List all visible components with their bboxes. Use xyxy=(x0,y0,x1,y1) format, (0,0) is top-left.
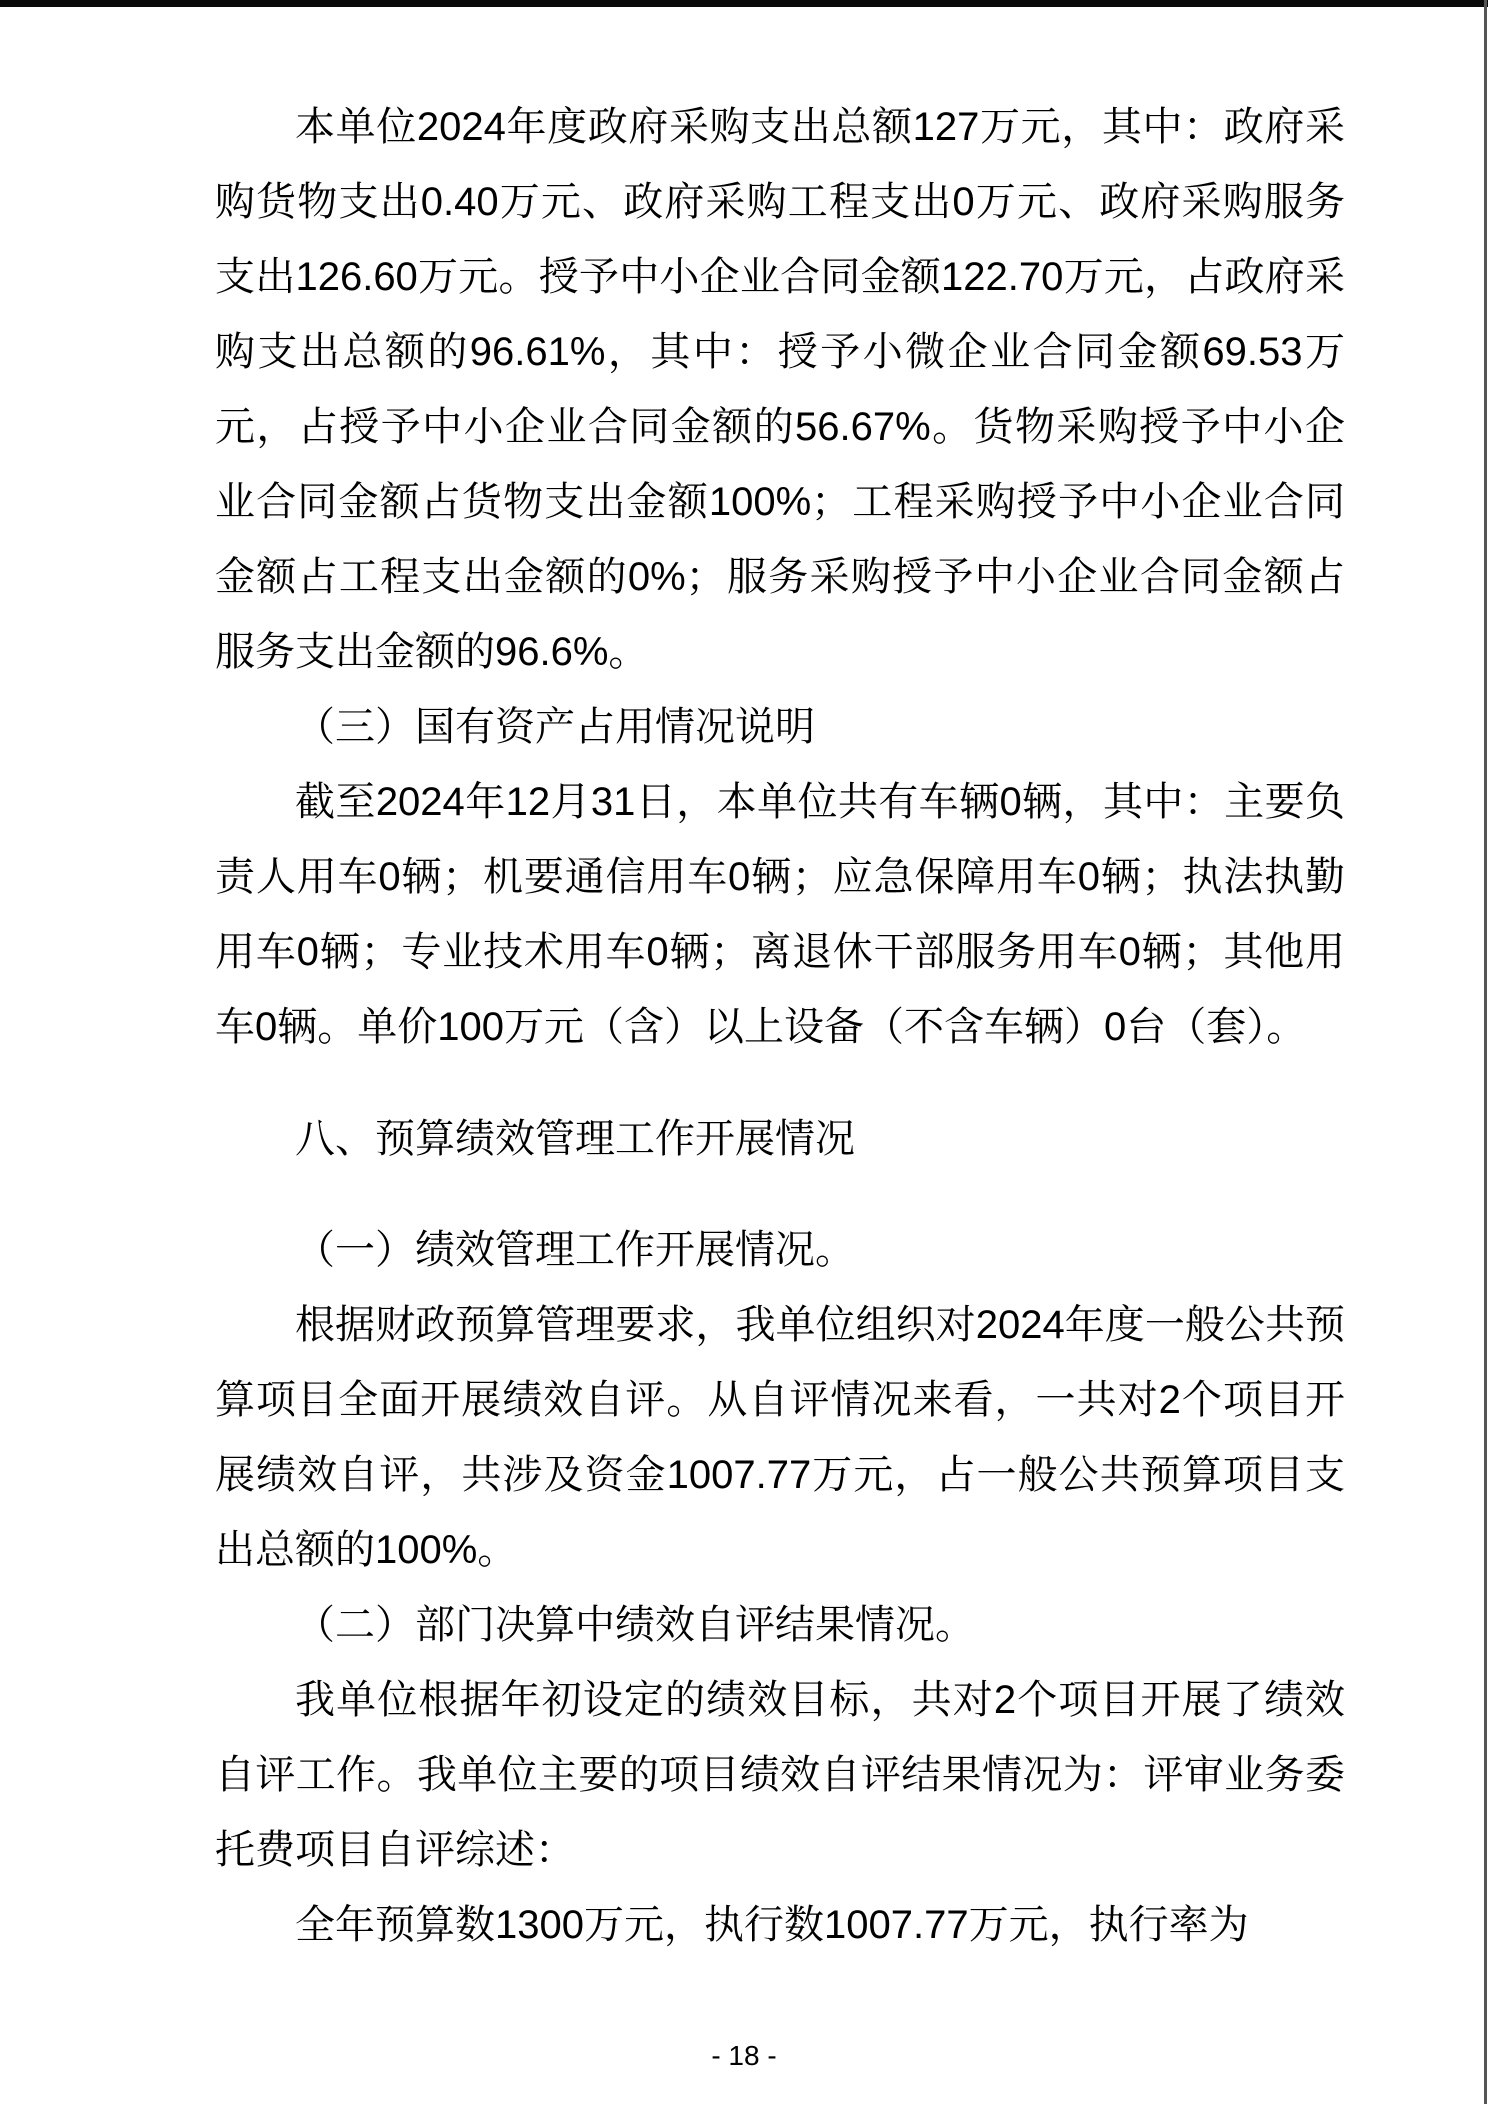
paragraph-budget-execution: 全年预算数1300万元，执行数1007.77万元，执行率为 xyxy=(215,1888,1345,1963)
paragraph-performance-work: 根据财政预算管理要求，我单位组织对2024年度一般公共预算项目全面开展绩效自评。… xyxy=(215,1288,1345,1588)
heading-section-eight: 八、预算绩效管理工作开展情况 xyxy=(215,1102,1345,1177)
heading-performance-result: （二）部门决算中绩效自评结果情况。 xyxy=(215,1588,1345,1663)
paragraph-performance-result: 我单位根据年初设定的绩效目标，共对2个项目开展了绩效自评工作。我单位主要的项目绩… xyxy=(215,1663,1345,1888)
paragraph-state-assets: 截至2024年12月31日，本单位共有车辆0辆，其中：主要负责人用车0辆；机要通… xyxy=(215,765,1345,1065)
paragraph-procurement-summary: 本单位2024年度政府采购支出总额127万元，其中：政府采购货物支出0.40万元… xyxy=(215,90,1345,690)
scan-right-border xyxy=(1484,0,1487,2104)
scan-top-border xyxy=(0,0,1488,7)
heading-state-assets: （三）国有资产占用情况说明 xyxy=(215,690,1345,765)
heading-performance-work: （一）绩效管理工作开展情况。 xyxy=(215,1213,1345,1288)
document-page: 本单位2024年度政府采购支出总额127万元，其中：政府采购货物支出0.40万元… xyxy=(0,0,1488,2104)
page-content: 本单位2024年度政府采购支出总额127万元，其中：政府采购货物支出0.40万元… xyxy=(215,90,1345,1963)
page-number: - 18 - xyxy=(0,2040,1488,2072)
